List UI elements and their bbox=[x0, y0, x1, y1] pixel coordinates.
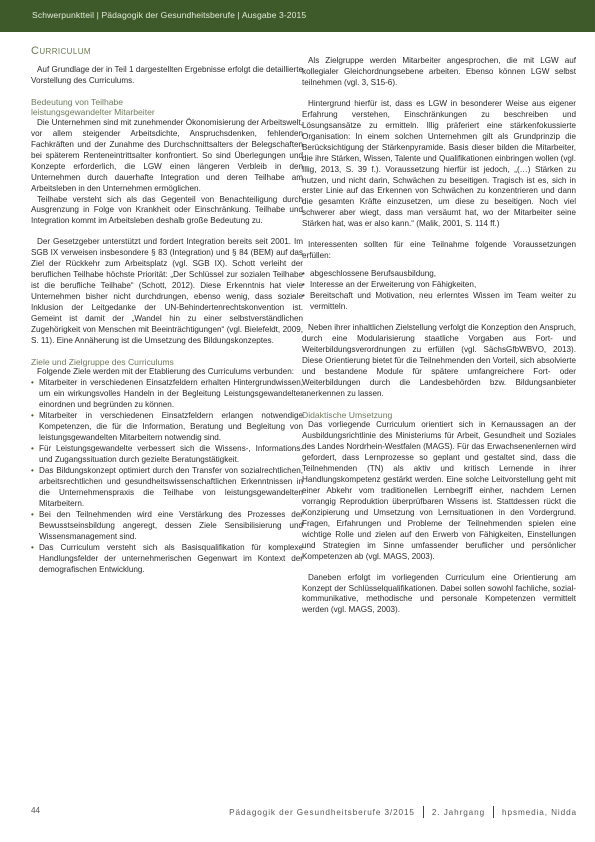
paragraph: Das vorliegende Curriculum orientiert si… bbox=[302, 420, 576, 562]
page-number: 44 bbox=[31, 806, 40, 815]
list-item: Das Curriculum versteht sich als Basisqu… bbox=[31, 543, 303, 576]
list-item: Mitarbeiter in verschiedenen Einsatzfeld… bbox=[31, 378, 303, 411]
list-item: abgeschlossene Berufsausbildung, bbox=[302, 269, 576, 280]
journal-name: Pädagogik der Gesundheitsberufe 3/2015 bbox=[229, 808, 415, 817]
paragraph: Interessenten sollten für eine Teilnahme… bbox=[302, 240, 576, 262]
list-item: Mitarbeiter in verschiedenen Einsatzfeld… bbox=[31, 411, 303, 444]
list-item: Bereitschaft und Motivation, neu erlernt… bbox=[302, 291, 576, 313]
list-item: Interesse an der Erweiterung von Fähigke… bbox=[302, 280, 576, 291]
requirements-list: abgeschlossene Berufsausbildung, Interes… bbox=[302, 269, 576, 313]
subheading-teilhabe-line2: leistungsgewandelter Mitarbeiter bbox=[31, 107, 303, 118]
paragraph: Folgende Ziele werden mit der Etablierun… bbox=[31, 367, 303, 378]
running-header-bar: Schwerpunktteil | Pädagogik der Gesundhe… bbox=[0, 0, 595, 32]
section-title: Curriculum bbox=[31, 46, 303, 57]
paragraph: Neben ihrer inhaltlichen Zielstellung ve… bbox=[302, 323, 576, 400]
footer-meta: Pädagogik der Gesundheitsberufe 3/20152.… bbox=[229, 806, 577, 818]
list-item: Bei den Teilnehmenden wird eine Verstärk… bbox=[31, 510, 303, 543]
subheading-ziele: Ziele und Zielgruppe des Curriculums bbox=[31, 357, 303, 368]
paragraph: Als Zielgruppe werden Mitarbeiter angesp… bbox=[302, 56, 576, 89]
paragraph: Teilhabe versteht sich als das Gegenteil… bbox=[31, 195, 303, 228]
paragraph: Daneben erfolgt im vorliegenden Curricul… bbox=[302, 573, 576, 617]
intro-paragraph: Auf Grundlage der in Teil 1 dargestellte… bbox=[31, 65, 303, 87]
publisher: hpsmedia, Nidda bbox=[502, 808, 577, 817]
paragraph: Die Unternehmen sind mit zunehmender Öko… bbox=[31, 118, 303, 195]
list-item: Für Leistungsgewandelte verbessert sich … bbox=[31, 444, 303, 466]
right-column: Als Zielgruppe werden Mitarbeiter angesp… bbox=[302, 56, 576, 616]
left-column: Curriculum Auf Grundlage der in Teil 1 d… bbox=[31, 44, 303, 576]
paragraph: Der Gesetzgeber unterstützt und fordert … bbox=[31, 237, 303, 347]
goals-list: Mitarbeiter in verschiedenen Einsatzfeld… bbox=[31, 378, 303, 575]
subheading-teilhabe-line1: Bedeutung von Teilhabe bbox=[31, 97, 303, 108]
divider bbox=[493, 806, 494, 818]
divider bbox=[423, 806, 424, 818]
list-item: Das Bildungskonzept optimiert durch den … bbox=[31, 466, 303, 510]
running-header-title: Schwerpunktteil | Pädagogik der Gesundhe… bbox=[32, 10, 306, 20]
volume: 2. Jahrgang bbox=[432, 808, 485, 817]
paragraph: Hintergrund hierfür ist, dass es LGW in … bbox=[302, 99, 576, 230]
subheading-didaktik: Didaktische Umsetzung bbox=[302, 410, 576, 421]
